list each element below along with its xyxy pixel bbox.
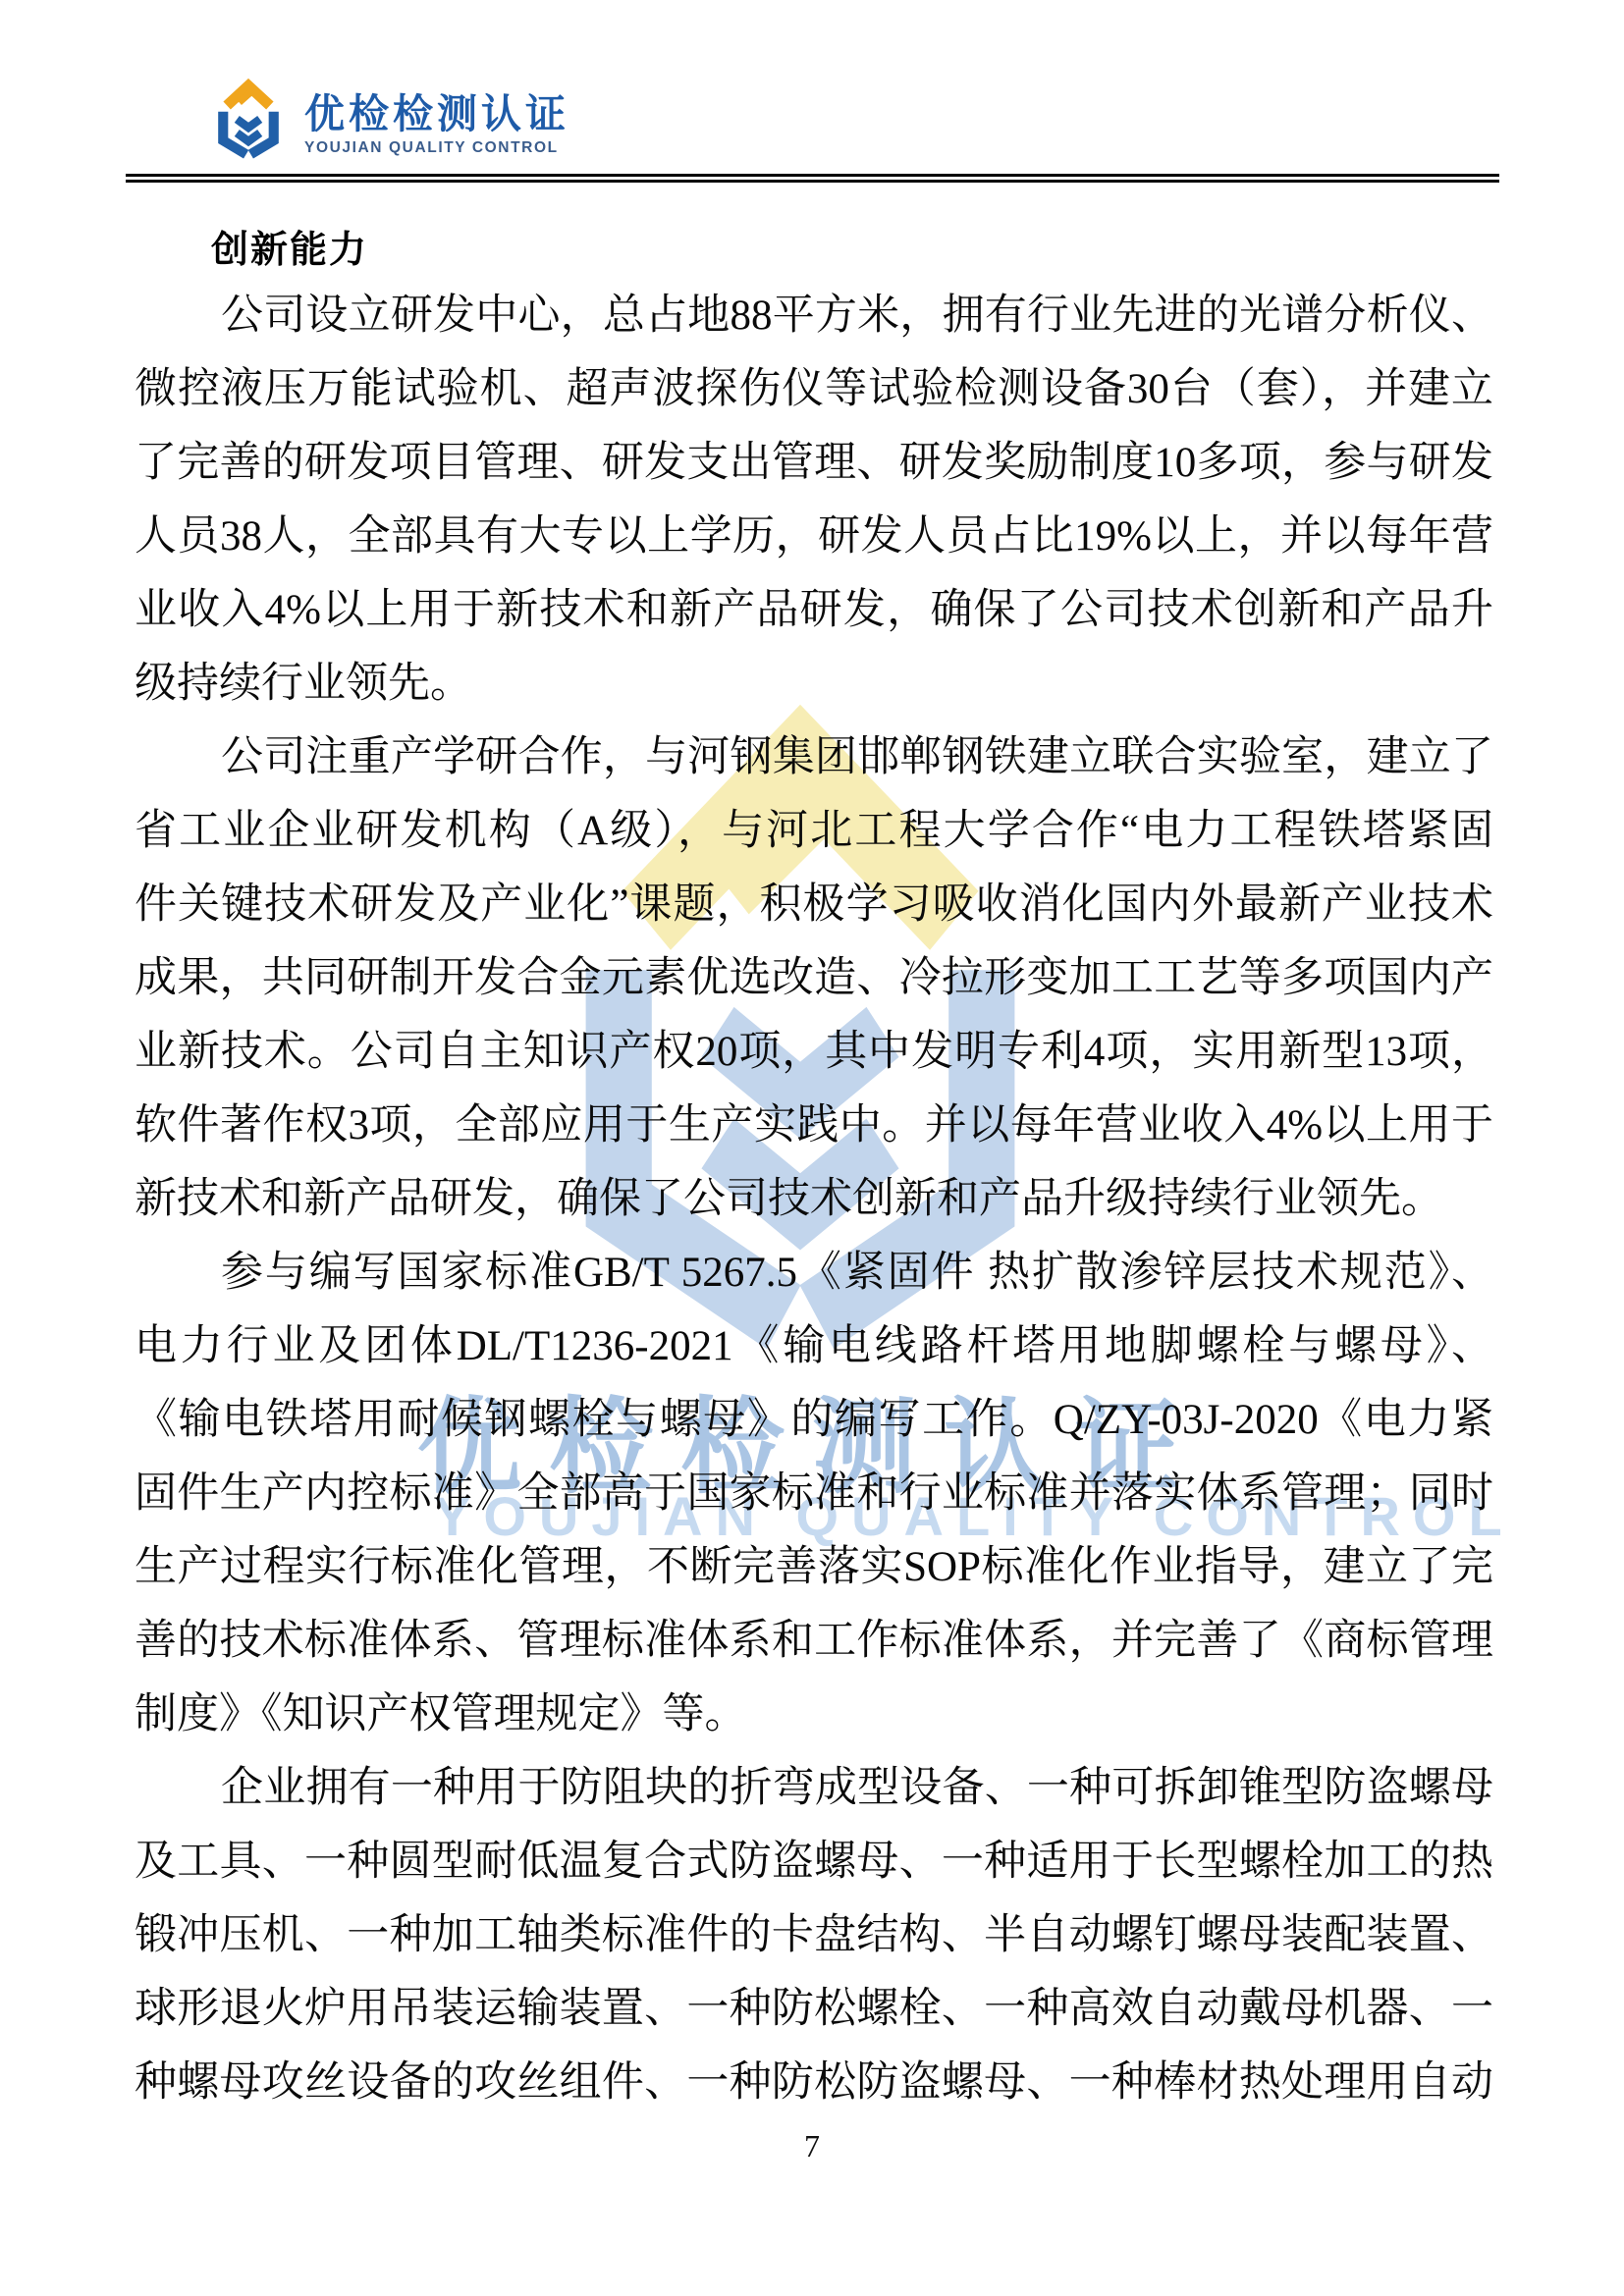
company-logo: 优检检测认证 YOUJIAN QUALITY CONTROL (210, 77, 569, 165)
body-paragraph-line: 种螺母攻丝设备的攻丝组件、一种防松防盗螺母、一种棒材热处理用自动 (135, 2046, 1493, 2119)
body-paragraph-line: 公司设立研发中心，总占地88平方米，拥有行业先进的光谱分析仪、 (135, 279, 1493, 352)
cube-logo-icon (210, 77, 287, 165)
section-heading: 创新能力 (211, 219, 368, 273)
body-paragraph-line: 及工具、一种圆型耐低温复合式防盗螺母、一种适用于长型螺栓加工的热 (135, 1825, 1493, 1898)
body-paragraph-line: 《输电铁塔用耐候钢螺栓与螺母》的编写工作。Q/ZY-03J-2020《电力紧 (135, 1383, 1493, 1457)
body-paragraph-line: 锻冲压机、一种加工轴类标准件的卡盘结构、半自动螺钉螺母装配装置、 (135, 1898, 1493, 1972)
body-paragraph-line: 人员38人，全部具有大专以上学历，研发人员占比19%以上，并以每年营 (135, 500, 1493, 573)
page-footer: 7 (0, 2128, 1624, 2164)
page-number: 7 (804, 2128, 820, 2163)
body-paragraph-line: 了完善的研发项目管理、研发支出管理、研发奖励制度10多项，参与研发 (135, 426, 1493, 500)
logo-text: 优检检测认证 YOUJIAN QUALITY CONTROL (304, 77, 569, 158)
body-paragraph-line: 级持续行业领先。 (135, 647, 1493, 721)
body-paragraph-line: 软件著作权3项，全部应用于生产实践中。并以每年营业收入4%以上用于 (135, 1089, 1493, 1162)
body-paragraph-line: 善的技术标准体系、管理标准体系和工作标准体系，并完善了《商标管理 (135, 1604, 1493, 1678)
document-page: 优检检测认证 YOUJIAN QUALITY CONTROL 优检检测认证 YO… (0, 0, 1624, 2296)
body-text: 公司设立研发中心，总占地88平方米，拥有行业先进的光谱分析仪、微控液压万能试验机… (135, 279, 1493, 2119)
body-paragraph-line: 公司注重产学研合作，与河钢集团邯郸钢铁建立联合实验室，建立了 (135, 721, 1493, 794)
body-paragraph-line: 企业拥有一种用于防阻块的折弯成型设备、一种可拆卸锥型防盗螺母 (135, 1751, 1493, 1825)
logo-name-cn: 优检检测认证 (304, 92, 569, 135)
body-paragraph-line: 电力行业及团体DL/T1236-2021《输电线路杆塔用地脚螺栓与螺母》、 (135, 1309, 1493, 1383)
body-paragraph-line: 业新技术。公司自主知识产权20项，其中发明专利4项，实用新型13项， (135, 1015, 1493, 1089)
body-paragraph-line: 生产过程实行标准化管理，不断完善落实SOP标准化作业指导，建立了完 (135, 1530, 1493, 1604)
body-paragraph-line: 业收入4%以上用于新技术和新产品研发，确保了公司技术创新和产品升 (135, 573, 1493, 647)
body-paragraph-line: 制度》《知识产权管理规定》等。 (135, 1678, 1493, 1751)
body-paragraph-line: 成果，共同研制开发合金元素优选改造、冷拉形变加工工艺等多项国内产 (135, 941, 1493, 1015)
body-paragraph-line: 件关键技术研发及产业化”课题，积极学习吸收消化国内外最新产业技术 (135, 868, 1493, 941)
body-paragraph-line: 新技术和新产品研发，确保了公司技术创新和产品升级持续行业领先。 (135, 1162, 1493, 1236)
logo-name-en: YOUJIAN QUALITY CONTROL (304, 138, 569, 158)
body-paragraph-line: 微控液压万能试验机、超声波探伤仪等试验检测设备30台（套），并建立 (135, 352, 1493, 426)
body-paragraph-line: 球形退火炉用吊装运输装置、一种防松螺栓、一种高效自动戴母机器、一 (135, 1972, 1493, 2046)
body-paragraph-line: 固件生产内控标准》全部高于国家标准和行业标准并落实体系管理；同时 (135, 1457, 1493, 1530)
header-rule (126, 174, 1499, 183)
body-paragraph-line: 省工业企业研发机构（A级），与河北工程大学合作“电力工程铁塔紧固 (135, 794, 1493, 868)
body-paragraph-line: 参与编写国家标准GB/T 5267.5《紧固件 热扩散渗锌层技术规范》、 (135, 1236, 1493, 1309)
